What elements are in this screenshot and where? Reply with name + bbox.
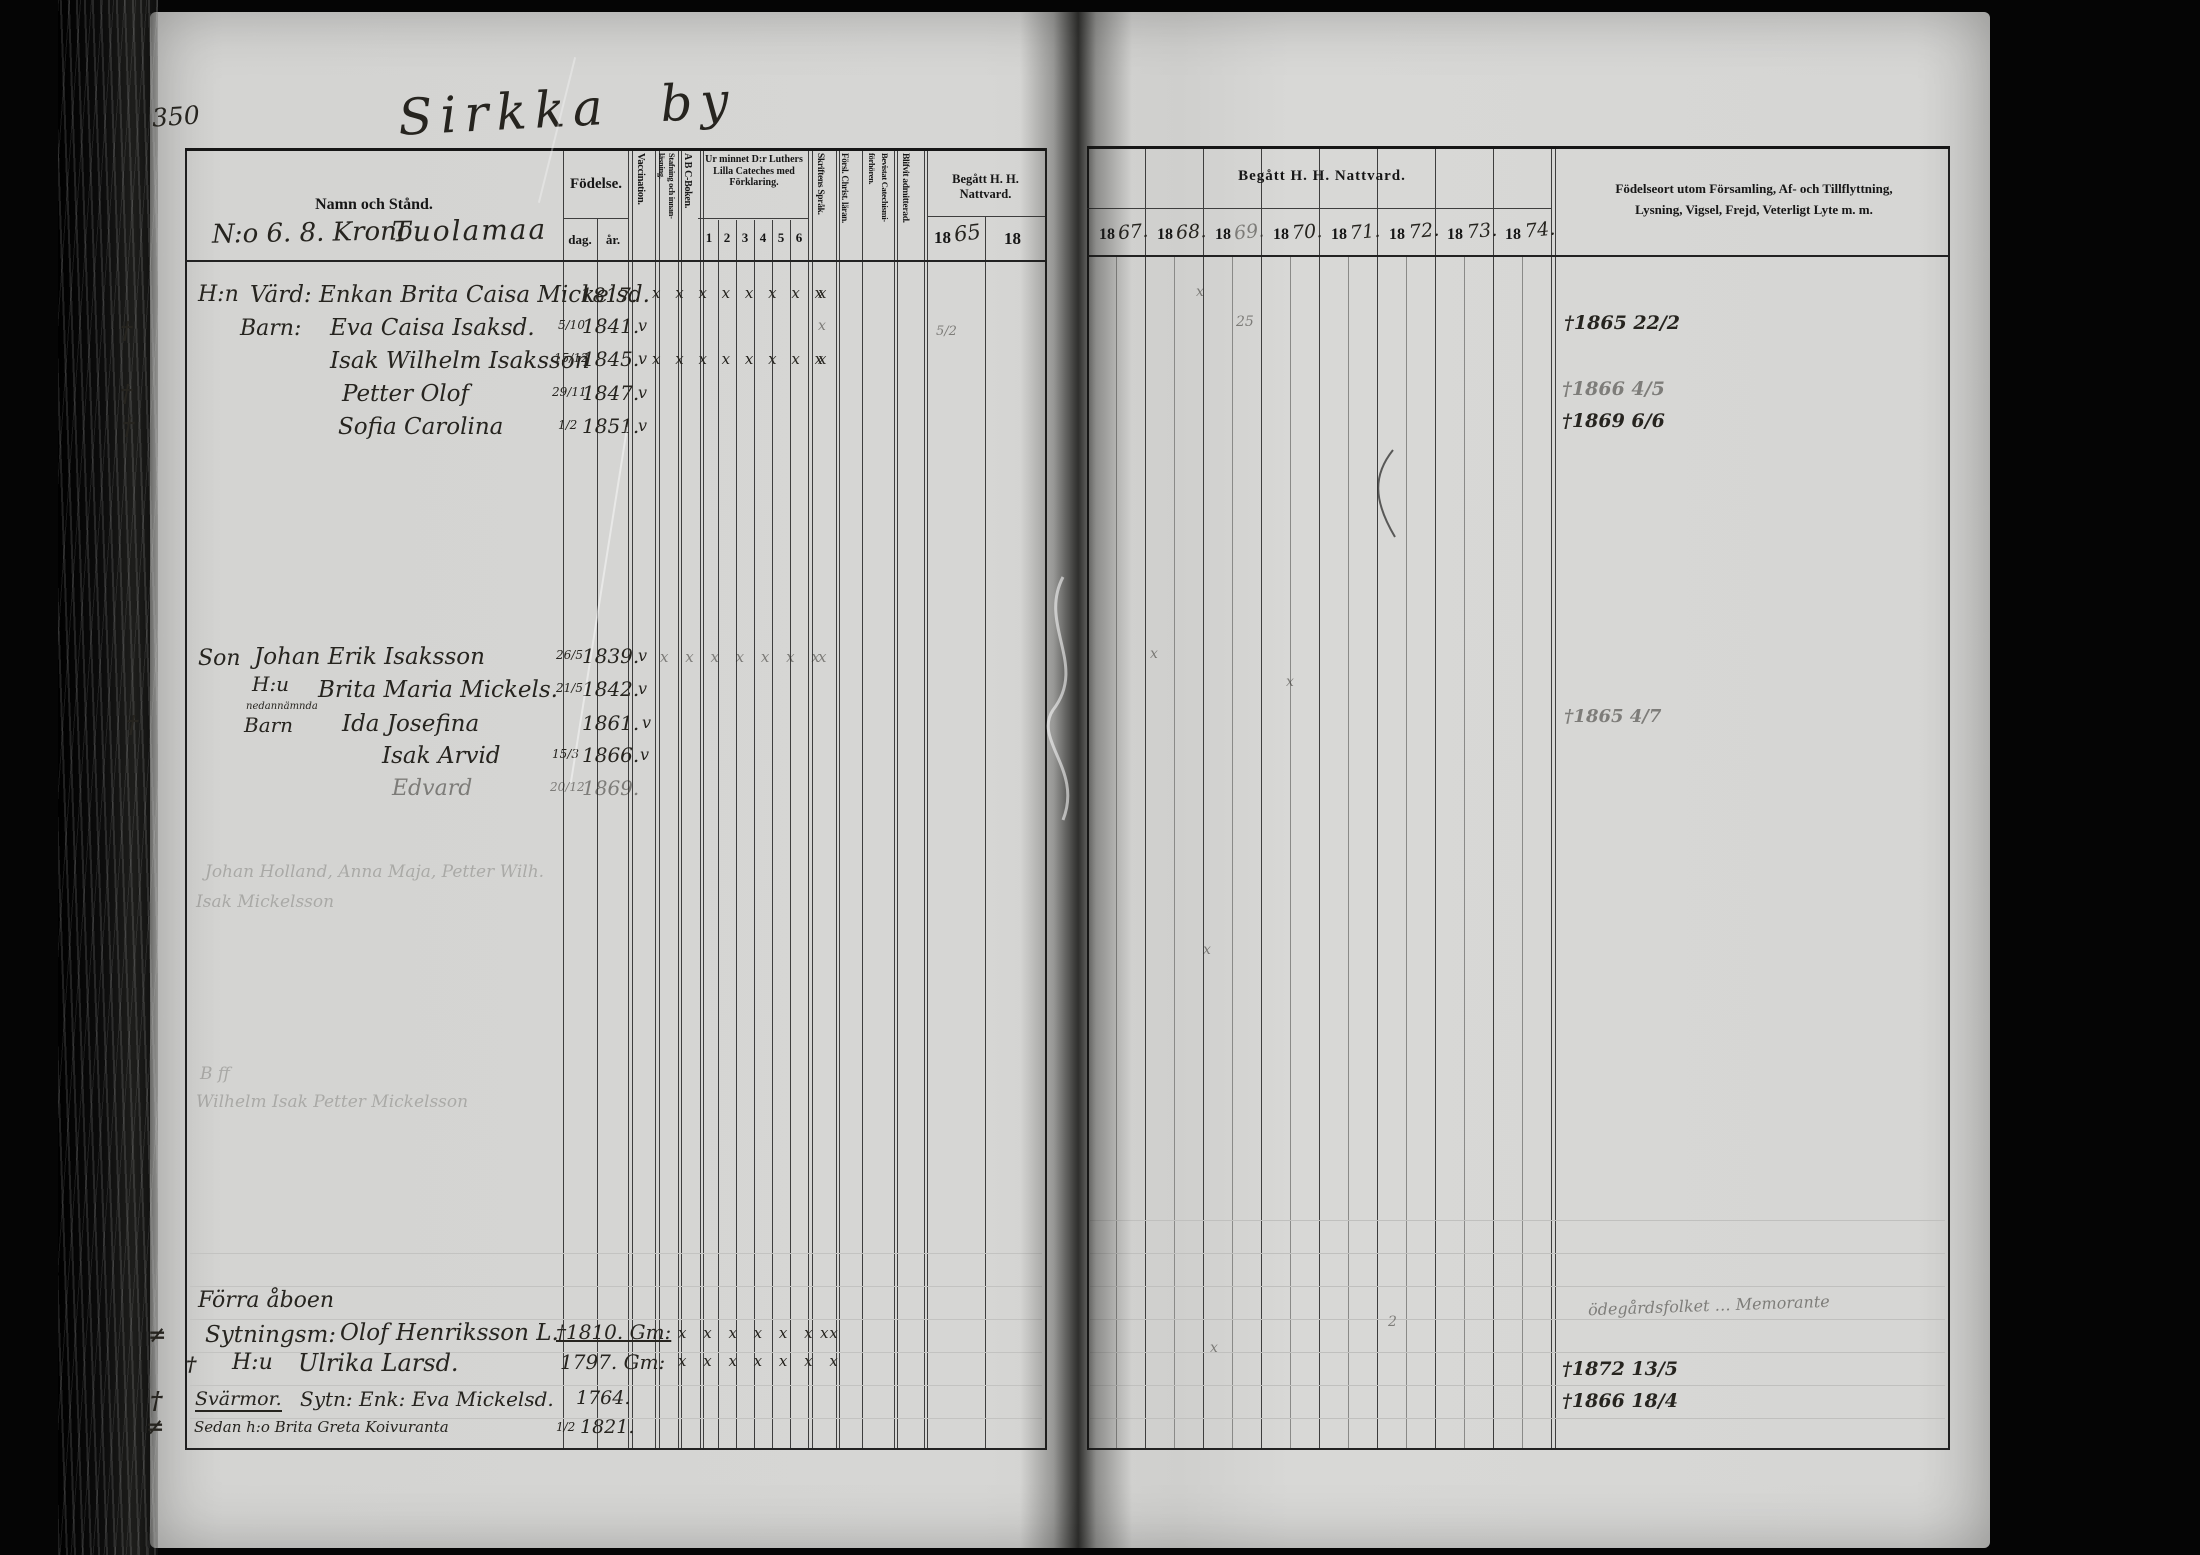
faint-mark: 5/2 xyxy=(936,324,957,339)
header-col-1: 1 xyxy=(700,230,718,246)
grid-line xyxy=(927,216,1045,217)
faint-mark: x xyxy=(1210,1340,1218,1356)
grid-line xyxy=(1090,1352,1945,1353)
entry-birth-year: 1821. xyxy=(580,1416,634,1438)
entry-note: nedannämnda xyxy=(246,701,318,712)
reading-marks: x x x x x x x xyxy=(660,648,826,666)
page-number: 350 xyxy=(151,100,201,132)
grid-line xyxy=(700,148,701,1450)
entry-name: Eva Caisa Isaksd. xyxy=(330,315,535,341)
vaccination-mark: v xyxy=(640,745,649,764)
grid-line xyxy=(812,148,813,1450)
vaccination-mark: v xyxy=(638,679,647,698)
entry-name: Ulrika Larsd. xyxy=(298,1349,459,1377)
entry-birth-year: †1810. Gm: xyxy=(556,1320,671,1344)
vaccination-mark: v xyxy=(638,316,647,335)
year-printed-1867: 18 xyxy=(1099,226,1115,244)
year-hw-1869: 69. xyxy=(1233,219,1265,244)
fold-crease xyxy=(1008,575,1138,825)
entry-prefix: H:u xyxy=(232,1350,273,1375)
entry-name: Edvard xyxy=(392,776,472,801)
year-printed-1874: 18 xyxy=(1505,226,1521,244)
year-printed-1873: 18 xyxy=(1447,226,1463,244)
margin-cross: † xyxy=(122,412,135,441)
entry-birth-year: 1847. xyxy=(582,381,639,405)
entry-name: Isak Wilhelm Isaksson xyxy=(330,348,590,374)
pencil-note: Wilhelm Isak Petter Mickelsson xyxy=(196,1092,468,1112)
faint-mark: 2 xyxy=(1388,1314,1397,1330)
entry-birth-year: 1797. Gm: xyxy=(560,1350,665,1374)
pencil-note: Isak Mickelsson xyxy=(196,892,334,912)
grid-line xyxy=(1464,256,1465,1450)
entry-name: Isak Arvid xyxy=(382,743,501,769)
margin-mark: ≠ xyxy=(146,1414,164,1440)
header-abc-boken: A B C-Boken. xyxy=(682,153,693,257)
grid-line xyxy=(1555,146,1556,1450)
estate-number: N:o 6. 8. Krono xyxy=(212,216,413,249)
entry-birth-day: 26/5 xyxy=(556,648,583,662)
header-namn-och-stand: Namn och Stånd. xyxy=(185,196,563,214)
entry-prefix: H:n xyxy=(198,282,239,307)
entry-name: Ida Josefina xyxy=(342,711,479,737)
grid-line xyxy=(1435,146,1436,1450)
grid-line xyxy=(790,220,791,1450)
entry-birth-day: 1/2 xyxy=(558,418,577,432)
grid-line xyxy=(1493,146,1494,1450)
margin-cross: † xyxy=(150,1386,163,1415)
header-forsl-christ-laran: Försl. Christ. läran. xyxy=(840,153,850,259)
header-col-4: 4 xyxy=(754,230,772,246)
entry-name: Brita Maria Mickels. xyxy=(318,677,558,703)
grid-line xyxy=(190,1253,1042,1254)
entry-name: Sedan h:o Brita Greta Koivuranta xyxy=(194,1418,449,1436)
language-mark: x xyxy=(818,284,826,302)
grid-line xyxy=(655,148,656,1450)
year-hw-1867: 67. xyxy=(1117,220,1149,245)
grid-line xyxy=(1087,255,1948,257)
grid-line xyxy=(681,148,682,1450)
header-col-5: 5 xyxy=(772,230,790,246)
margin-cross: † xyxy=(120,379,133,408)
header-col-2: 2 xyxy=(718,230,736,246)
death-note: †1865 4/7 xyxy=(1564,706,1661,727)
grid-line xyxy=(1145,146,1146,1450)
grid-line xyxy=(1090,1418,1945,1419)
grid-line xyxy=(1203,146,1204,1450)
entry-prefix: Sytningsm: xyxy=(205,1322,336,1348)
grid-line xyxy=(563,218,629,219)
year-hw-1874: 74. xyxy=(1524,217,1556,242)
entry-birth-day: 21/5 xyxy=(556,681,583,695)
grid-line xyxy=(659,148,660,1450)
margin-cross: † xyxy=(126,710,139,739)
entry-name: Sytn: Enk: Eva Mickelsd. xyxy=(300,1387,554,1411)
year-printed-1868: 18 xyxy=(1157,226,1173,244)
year-hw-1868: 68. xyxy=(1175,220,1207,244)
page-fore-edge xyxy=(1988,8,2098,1550)
entry-birth-year: 1817. xyxy=(580,283,637,307)
grid-line xyxy=(862,148,863,1450)
pencil-note: Johan Holland, Anna Maja, Petter Wilh. xyxy=(205,862,544,882)
year-printed-1869: 18 xyxy=(1215,226,1231,244)
header-begatt-nattvard-left: Begått H. H. Nattvard. xyxy=(926,172,1045,202)
grid-line xyxy=(185,148,1046,151)
entry-prefix: H:u xyxy=(252,672,289,696)
header-dag: dag. xyxy=(563,232,597,248)
language-mark: x xyxy=(818,350,826,368)
grid-line xyxy=(1087,208,1551,209)
grid-line xyxy=(1090,1385,1945,1386)
grid-line xyxy=(1090,1319,1945,1320)
entry-birth-day: 5/10 xyxy=(558,318,585,332)
grid-line xyxy=(736,220,737,1450)
entry-birth-year: 1866. xyxy=(582,743,639,767)
margin-cross: † xyxy=(120,316,133,345)
entry-name: Petter Olof xyxy=(342,381,469,407)
faint-mark: x xyxy=(1150,646,1158,662)
entry-birth-year: 1841. xyxy=(582,314,639,338)
death-note: †1872 13/5 xyxy=(1562,1358,1678,1380)
grid-line xyxy=(1948,146,1950,1450)
grid-line xyxy=(703,148,704,1450)
faint-mark: x xyxy=(1203,942,1211,958)
entry-prefix: Son xyxy=(198,646,241,671)
entry-birth-year: 1845. xyxy=(582,347,639,371)
grid-line xyxy=(1090,1286,1945,1287)
grid-line xyxy=(924,148,925,1450)
grid-line xyxy=(563,148,564,1450)
grid-line xyxy=(185,1448,1045,1450)
reading-marks: x x x x x x x xyxy=(678,1352,844,1370)
grid-line xyxy=(185,148,187,1450)
faint-mark: x xyxy=(1196,284,1204,300)
header-cateches: Ur minnet D:r Luthers Lilla Cateches med… xyxy=(698,154,810,189)
grid-line xyxy=(678,148,679,1450)
reading-marks: x x x x x x x xyxy=(678,1324,844,1342)
grid-line xyxy=(698,218,809,219)
entry-name: Olof Henriksson L. xyxy=(340,1320,559,1346)
year-hw-1870: 70. xyxy=(1291,220,1323,244)
entry-prefix: Barn: xyxy=(240,316,301,341)
section-heading: Förra åboen xyxy=(198,1288,334,1313)
entry-birth-year: 1851. xyxy=(582,414,639,438)
death-note: †1866 18/4 xyxy=(1562,1390,1678,1412)
grid-line xyxy=(836,148,837,1450)
grid-line xyxy=(1377,146,1378,1450)
grid-line xyxy=(897,148,898,1450)
paper-crease xyxy=(1355,445,1425,545)
vaccination-mark: v xyxy=(642,713,651,732)
grid-line xyxy=(894,148,895,1450)
header-year-1865-printed: 18 xyxy=(934,228,951,248)
header-year-18-blank: 18 xyxy=(1004,229,1021,249)
vaccination-mark: v xyxy=(638,416,647,435)
grid-line xyxy=(754,220,755,1450)
film-edge-left xyxy=(58,0,158,1555)
vaccination-mark: v xyxy=(638,349,647,368)
grid-line xyxy=(190,1286,1042,1287)
grid-line xyxy=(1116,256,1117,1450)
year-hw-1873: 73. xyxy=(1466,219,1498,244)
pencil-note: B ff xyxy=(200,1064,230,1084)
header-bevistat-forhoren: Bevistat Catechismi- förhören. xyxy=(865,153,891,259)
reading-marks: x x x x x x x x xyxy=(652,284,828,302)
entry-prefix: Barn xyxy=(244,713,293,737)
header-skriftens-sprak: Skriftens Språk. xyxy=(815,153,825,259)
grid-line xyxy=(1522,256,1523,1450)
grid-line xyxy=(1174,256,1175,1450)
grid-line xyxy=(1090,1220,1945,1221)
grid-line xyxy=(1406,256,1407,1450)
year-printed-1871: 18 xyxy=(1331,226,1347,244)
entry-birth-year: 1764. xyxy=(576,1387,630,1409)
header-begatt-nattvard-right: Begått H. H. Nattvard. xyxy=(1087,168,1557,185)
grid-line xyxy=(1090,1253,1945,1254)
year-printed-1872: 18 xyxy=(1389,226,1405,244)
header-ar: år. xyxy=(597,232,629,248)
year-hw-1871: 71. xyxy=(1349,220,1381,245)
grid-line xyxy=(1087,146,1950,149)
grid-line xyxy=(839,148,840,1450)
header-col-6: 6 xyxy=(790,230,808,246)
grid-line xyxy=(1261,146,1262,1450)
grid-line xyxy=(985,216,986,1450)
entry-birth-year: 1869. xyxy=(582,776,639,800)
grid-line xyxy=(1319,146,1320,1450)
faint-mark: x xyxy=(1286,674,1294,690)
grid-line xyxy=(772,220,773,1450)
entry-birth-year: 1842. xyxy=(582,677,639,701)
grid-line xyxy=(190,1385,1042,1386)
language-mark: x xyxy=(818,648,826,666)
grid-line xyxy=(1551,146,1552,1450)
grid-line xyxy=(1232,256,1233,1450)
entry-birth-day: 1/2 xyxy=(556,1420,575,1434)
faint-mark: x xyxy=(818,318,826,334)
vaccination-mark: v xyxy=(638,646,647,665)
margin-mark: ≠ xyxy=(148,1322,166,1348)
header-fodelse: Födelse. xyxy=(563,176,629,193)
death-note: †1869 6/6 xyxy=(1562,410,1665,432)
header-fodelseort: Födelseort utom Församling, Af- och Till… xyxy=(1560,178,1948,220)
death-note: †1865 22/2 xyxy=(1564,312,1680,334)
grid-line xyxy=(1087,1448,1948,1450)
header-col-3: 3 xyxy=(736,230,754,246)
header-year-1865-handwritten: 65 xyxy=(953,219,982,246)
entry-name: Johan Erik Isaksson xyxy=(254,644,485,670)
grid-line xyxy=(808,148,809,1450)
language-mark: x xyxy=(820,1324,828,1342)
microfilm-scan: 350 Sirkka by Namn och Stånd. Födelse. d… xyxy=(0,0,2200,1555)
grid-line xyxy=(1290,256,1291,1450)
header-vaccination: Vaccination. xyxy=(635,153,646,257)
death-note: †1866 4/5 xyxy=(1562,378,1665,400)
entry-birth-year: 1861. xyxy=(582,711,639,735)
estate-name: Tuolamaa xyxy=(392,213,548,249)
grid-line xyxy=(185,260,1045,262)
year-printed-1870: 18 xyxy=(1273,226,1289,244)
year-hw-1872: 72. xyxy=(1408,218,1440,243)
grid-line xyxy=(1348,256,1349,1450)
entry-prefix: Svärmor. xyxy=(195,1388,282,1412)
header-stafning: Stafning och innan- läsning. xyxy=(657,153,677,259)
header-blifvit-admitterad: Blifvit admitterad. xyxy=(900,153,910,259)
entry-birth-day: 20/12 xyxy=(550,780,585,794)
faint-mark: 25 xyxy=(1236,314,1254,330)
grid-line xyxy=(927,148,928,1450)
vaccination-mark: v xyxy=(638,383,647,402)
reading-marks: x x x x x x x x xyxy=(652,350,828,368)
entry-name: Sofia Carolina xyxy=(338,414,503,440)
margin-cross: † xyxy=(186,1352,196,1376)
grid-line xyxy=(718,220,719,1450)
